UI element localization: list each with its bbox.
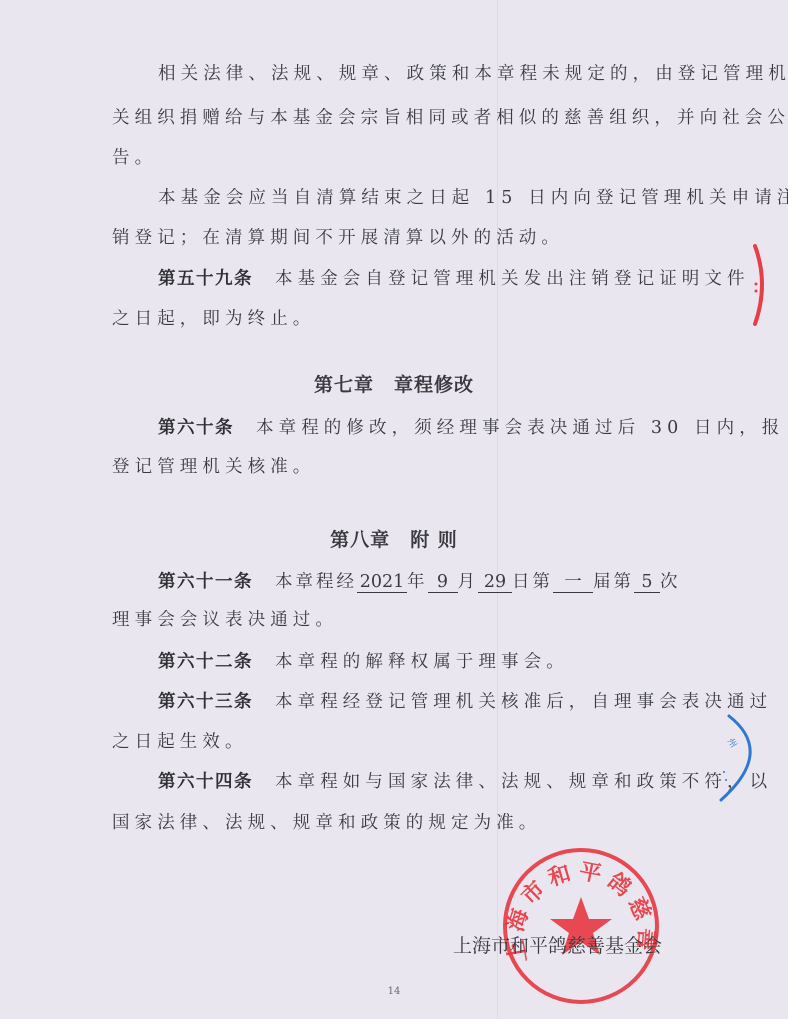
chapter-heading: 第八章附 则 [0, 528, 788, 552]
chapter-title: 附 则 [410, 529, 458, 551]
article-text: 本章程经 [275, 572, 357, 592]
article-text: 本基金会自登记管理机关发出注销登记证明文件 [275, 269, 750, 289]
article-63: 第六十三条本章程经登记管理机关核准后，自理事会表决通过 [112, 690, 672, 714]
red-seal-edge-icon [745, 240, 775, 330]
article-label: 第六十条 [158, 418, 234, 438]
month-field: 9 [428, 572, 458, 593]
signature-organization: 上海市和平鸽慈善基金会 [453, 931, 662, 958]
paragraph-line: 相关法律、法规、规章、政策和本章程未规定的，由登记管理机 [112, 62, 672, 86]
day-field: 29 [478, 572, 512, 593]
article-label: 第五十九条 [158, 269, 253, 289]
official-seal-icon: 上海市和平鸽慈善基金会 [500, 845, 662, 1007]
year-suffix: 年 [407, 572, 428, 592]
svg-text:州: 州 [725, 736, 740, 750]
chapter-number: 第八章 [330, 529, 390, 551]
session-field: 一 [553, 572, 593, 593]
chapter-title: 章程修改 [394, 374, 474, 396]
article-62: 第六十二条本章程的解释权属于理事会。 [112, 650, 672, 674]
paragraph-line: 登记管理机关核准。 [112, 455, 672, 479]
article-text: 本章程的修改，须经理事会表决通过后 30 日内，报 [256, 418, 784, 438]
paragraph-line: 国家法律、法规、规章和政策的规定为准。 [112, 811, 672, 835]
article-text: 本章程的解释权属于理事会。 [275, 652, 569, 672]
article-59: 第五十九条本基金会自登记管理机关发出注销登记证明文件 [112, 267, 672, 291]
paragraph-line: 之日起生效。 [112, 730, 672, 754]
day-suffix: 日第 [512, 572, 553, 592]
article-text: 本章程经登记管理机关核准后，自理事会表决通过 [275, 692, 772, 712]
article-61: 第六十一条本章程经2021年9月29日第一届第5次 [112, 570, 672, 594]
article-label: 第六十三条 [158, 692, 253, 712]
paragraph-line: 关组织捐赠给与本基金会宗旨相同或者相似的慈善组织，并向社会公 [112, 106, 672, 130]
article-label: 第六十四条 [158, 772, 253, 792]
article-label: 第六十二条 [158, 652, 253, 672]
paragraph-line: 告。 [112, 146, 672, 170]
document-page: 相关法律、法规、规章、政策和本章程未规定的，由登记管理机 关组织捐赠给与本基金会… [0, 0, 788, 1019]
meeting-field: 5 [634, 572, 660, 593]
article-60: 第六十条本章程的修改，须经理事会表决通过后 30 日内，报 [112, 416, 672, 440]
paragraph-line: 之日起，即为终止。 [112, 307, 672, 331]
article-text: 本章程如与国家法律、法规、规章和政策不符，以 [275, 772, 772, 792]
chapter-heading: 第七章章程修改 [0, 373, 788, 397]
article-64: 第六十四条本章程如与国家法律、法规、规章和政策不符，以 [112, 770, 672, 794]
session-suffix: 届第 [593, 572, 634, 592]
month-suffix: 月 [458, 572, 479, 592]
article-label: 第六十一条 [158, 572, 253, 592]
paragraph-line: 销登记；在清算期间不开展清算以外的活动。 [112, 226, 672, 250]
meeting-suffix: 次 [660, 572, 681, 592]
paragraph-line: 理事会会议表决通过。 [112, 608, 672, 632]
blue-seal-edge-icon: 州 [715, 712, 765, 807]
paragraph-line: 本基金会应当自清算结束之日起 15 日内向登记管理机关申请注 [112, 186, 672, 210]
page-number: 14 [0, 986, 788, 997]
chapter-number: 第七章 [314, 374, 374, 396]
year-field: 2021 [357, 572, 407, 593]
